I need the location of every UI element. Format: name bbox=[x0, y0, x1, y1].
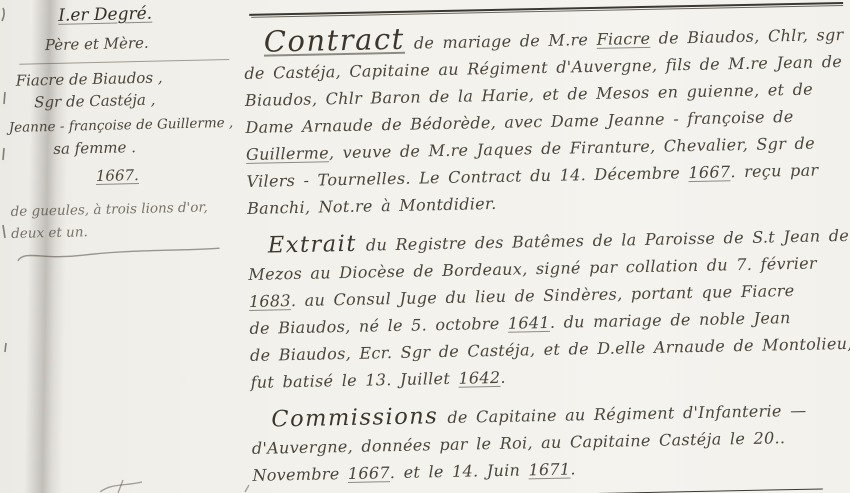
margin-note-line: Sgr de Castéja , bbox=[8, 87, 238, 114]
margin-note-line: deux et un. bbox=[11, 218, 241, 245]
entry-lead-word: Extrait bbox=[268, 231, 358, 259]
margin-column: I.er Degré.Père et Mère.Fiacre de Biaudo… bbox=[6, 1, 242, 265]
margin-note-line: Père et Mère. bbox=[19, 30, 230, 65]
margin-note-line: I.er Degré. bbox=[6, 1, 236, 28]
flourish-line bbox=[11, 242, 226, 265]
main-text-column: Contractde mariage de M.re Fiacre de Bia… bbox=[243, 0, 850, 493]
scan-edge-marks bbox=[2, 8, 6, 352]
manuscript-page: I.er Degré.Père et Mère.Fiacre de Biaudo… bbox=[0, 0, 850, 493]
entries: Contractde mariage de M.re Fiacre de Bia… bbox=[244, 17, 850, 489]
cutoff-pen-strokes bbox=[100, 480, 249, 493]
entry-commissions: Commissionsde Capitaine au Régiment d'In… bbox=[251, 395, 850, 489]
bottom-rule bbox=[283, 488, 823, 493]
margin-note-line: 1667. bbox=[10, 162, 240, 189]
entry-contract: Contractde mariage de M.re Fiacre de Bia… bbox=[244, 17, 850, 222]
entry-lead-word: Commissions bbox=[271, 403, 439, 432]
entry-extrait: Extraitdu Registre des Batêmes de la Par… bbox=[248, 221, 850, 396]
margin-notes: I.er Degré.Père et Mère.Fiacre de Biaudo… bbox=[6, 1, 241, 245]
entry-lead-word: Contract bbox=[263, 22, 405, 59]
